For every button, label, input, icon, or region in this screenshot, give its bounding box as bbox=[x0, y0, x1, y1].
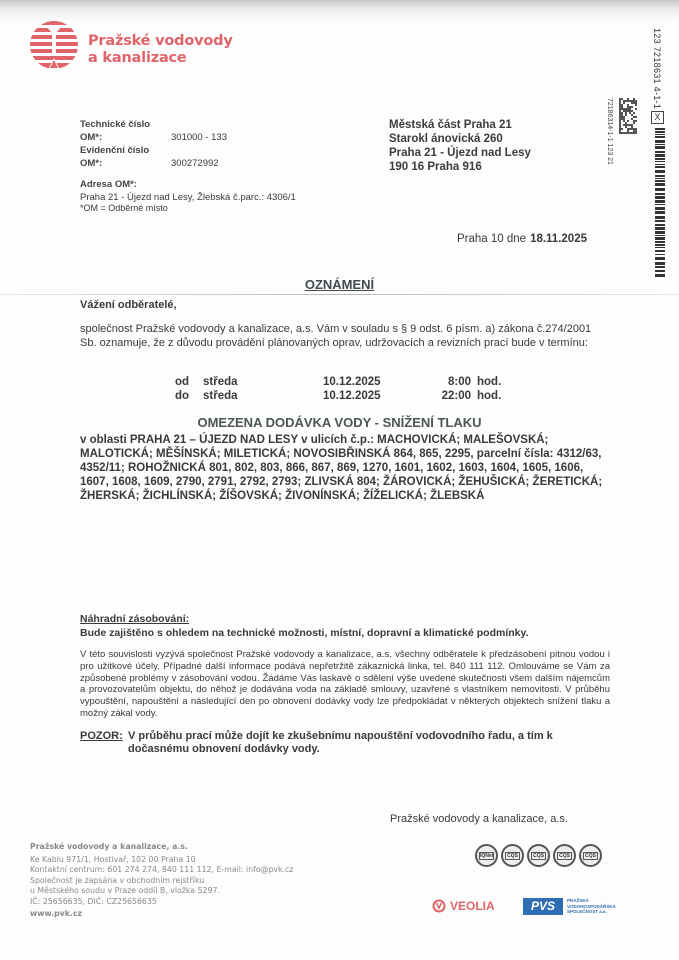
notice-paragraph: V této souvislosti vyzývá společnost Pra… bbox=[80, 649, 610, 720]
certification-seals: IQNet CQS CQS CQS CQS bbox=[475, 844, 602, 867]
barcode-icon bbox=[655, 128, 665, 278]
outage-schedule: od středa 10.12.2025 8:00 hod. do středa… bbox=[175, 375, 501, 403]
warning: POZOR: V průběhu prací může dojít ke zku… bbox=[80, 730, 610, 756]
checkbox-mark: X bbox=[651, 111, 664, 124]
veolia-logo-icon bbox=[432, 899, 446, 913]
om-footnote: *OM = Odběrné místo bbox=[80, 203, 168, 213]
warning-text: V průběhu prací může dojít ke zkušebnímu… bbox=[128, 730, 610, 756]
footer-address: Ke Kablu 971/1, Hostivař, 102 00 Praha 1… bbox=[30, 855, 293, 866]
pvs-logo: PVS PRAŽSKÁ VODOHOSPODÁŘSKÁ SPOLEČNOST a… bbox=[523, 898, 616, 915]
schedule-row-end: do středa 10.12.2025 22:00 hod. bbox=[175, 389, 501, 403]
recipient-line-3: Praha 21 - Újezd nad Lesy bbox=[389, 146, 531, 160]
scan-top-shadow bbox=[0, 0, 679, 22]
veolia-logo: VEOLIA bbox=[432, 899, 495, 913]
veolia-logo-text: VEOLIA bbox=[450, 899, 495, 913]
page-title: OZNÁMENÍ bbox=[0, 277, 679, 292]
replacement-supply-text: Bude zajištěno s ohledem na technické mo… bbox=[80, 627, 529, 639]
technical-number-label: Technické číslo OM*: bbox=[80, 118, 171, 144]
recipient-line-2: Starokl ánovická 260 bbox=[389, 132, 531, 146]
pvs-logo-icon: PVS bbox=[523, 898, 563, 915]
date-value: 18.11.2025 bbox=[530, 233, 587, 245]
footer-register-court: u Městského soudu v Praze oddíl B, vložk… bbox=[30, 886, 293, 897]
certification-seal-icon: CQS bbox=[579, 844, 602, 867]
schedule-day: středa bbox=[203, 375, 323, 389]
pvk-logo-icon bbox=[29, 20, 79, 70]
recipient-line-4: 190 16 Praha 916 bbox=[389, 160, 531, 174]
schedule-date: 10.12.2025 bbox=[323, 389, 421, 403]
signature: Pražské vodovody a kanalizace, a.s. bbox=[390, 813, 568, 825]
certification-seal-icon: CQS bbox=[527, 844, 550, 867]
schedule-time: 22:00 bbox=[421, 389, 477, 403]
footer-contact: Kontaktní centrum: 601 274 274, 840 111 … bbox=[30, 865, 293, 876]
date-prefix: Praha 10 dne bbox=[457, 233, 526, 245]
schedule-day: středa bbox=[203, 389, 323, 403]
schedule-row-start: od středa 10.12.2025 8:00 hod. bbox=[175, 375, 501, 389]
pvs-logo-text: PRAŽSKÁ VODOHOSPODÁŘSKÁ SPOLEČNOST a.s. bbox=[567, 898, 616, 915]
logo-line-2: a kanalizace bbox=[88, 50, 233, 67]
restriction-title: OMEZENA DODÁVKA VODY - SNÍŽENÍ TLAKU bbox=[0, 415, 679, 430]
paper-fold-line bbox=[0, 294, 679, 295]
footer-company-info: Pražské vodovody a kanalizace, a.s. Ke K… bbox=[30, 842, 293, 920]
evidence-number-label: Evidenční číslo OM*: bbox=[80, 144, 171, 170]
certification-seal-icon: CQS bbox=[501, 844, 524, 867]
schedule-prefix: do bbox=[175, 389, 203, 403]
salutation: Vážení odběratelé, bbox=[80, 299, 177, 311]
recipient-line-1: Městská část Praha 21 bbox=[389, 118, 531, 132]
logo-line-1: Pražské vodovody bbox=[88, 33, 233, 50]
supply-point-info: Technické číslo OM*:301000 - 133 Evidenč… bbox=[80, 118, 296, 204]
footer-register: Společnost je zapsána v obchodním rejstř… bbox=[30, 876, 293, 887]
affected-area: v oblasti PRAHA 21 – ÚJEZD NAD LESY v ul… bbox=[80, 433, 610, 503]
intro-paragraph: společnost Pražské vodovody a kanalizace… bbox=[80, 322, 600, 350]
technical-number-value: 301000 - 133 bbox=[171, 132, 227, 143]
schedule-unit: hod. bbox=[477, 389, 501, 403]
vertical-reference-code: 123 7218631 4-1-1 bbox=[652, 28, 662, 109]
warning-label: POZOR: bbox=[80, 730, 128, 756]
footer-ids: IČ: 25656635, DIČ: CZ25656635 bbox=[30, 897, 293, 908]
footer-website-link[interactable]: www.pvk.cz bbox=[30, 909, 293, 920]
datamatrix-code-icon bbox=[619, 98, 637, 134]
address-label: Adresa OM*: bbox=[80, 178, 296, 191]
schedule-date: 10.12.2025 bbox=[323, 375, 421, 389]
schedule-unit: hod. bbox=[477, 375, 501, 389]
certification-seal-icon: IQNet bbox=[475, 844, 498, 867]
letter-date: Praha 10 dne18.11.2025 bbox=[457, 233, 587, 245]
datamatrix-caption: 72186314-1-1 123 21 bbox=[606, 98, 613, 165]
recipient-address: Městská část Praha 21 Starokl ánovická 2… bbox=[389, 118, 531, 174]
evidence-number-value: 300272992 bbox=[171, 158, 219, 169]
schedule-time: 8:00 bbox=[421, 375, 477, 389]
replacement-supply-heading: Náhradní zásobování: bbox=[80, 613, 189, 625]
company-logo-text: Pražské vodovody a kanalizace bbox=[88, 33, 233, 67]
certification-seal-icon: CQS bbox=[553, 844, 576, 867]
schedule-prefix: od bbox=[175, 375, 203, 389]
footer-company-name: Pražské vodovody a kanalizace, a.s. bbox=[30, 842, 293, 853]
